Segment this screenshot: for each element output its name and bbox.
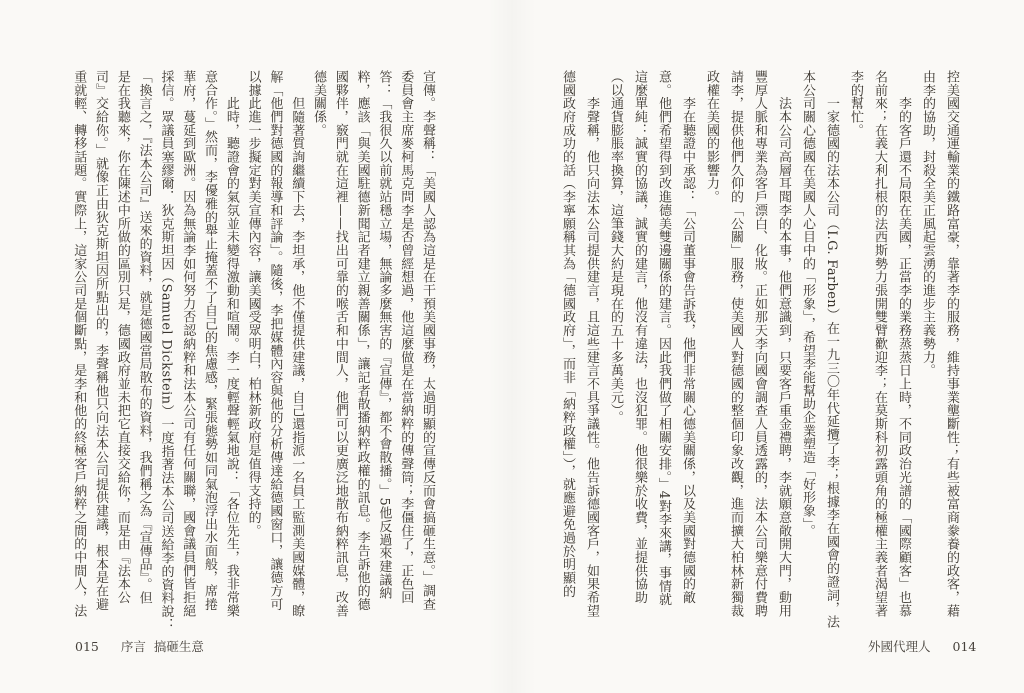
text-column: 德美關係。 bbox=[307, 70, 329, 634]
text-column: 本公司關心德國在美國人心目中的「形象」，希望李能幫助企業塑造「好形象」。 bbox=[795, 70, 819, 634]
left-page-footer: 015 序言 搞砸生意 bbox=[75, 637, 204, 655]
right-page-footer: 外國代理人 014 bbox=[868, 637, 976, 655]
text-column: 李的客戶還不局限在美國，正當李的業務蒸蒸日上時，不同政治光譜的「國際顧客」也慕 bbox=[891, 70, 915, 634]
text-column: 是在我聽來，你在陳述中所做的區別只是，德國政府並未把它直接交給你，而是由『法本公 bbox=[111, 70, 133, 634]
text-column: 請李，提供他們久仰的「公關」服務，使美國人對德國的整個印象改觀，進而擴大柏林新獨… bbox=[723, 70, 747, 634]
page-number: 014 bbox=[953, 639, 977, 654]
text-column: 這麼單純：誠實的協議，誠實的建言，他沒有違法，也沒犯罪。他很樂於收費，並提供協助 bbox=[627, 70, 651, 634]
text-column: 重就輕、轉移話題。實際上，這家公司是個斷點，是李和他的終極客戶納粹之間的中間人，… bbox=[67, 70, 89, 634]
chapter-title: 搞砸生意 bbox=[154, 637, 204, 655]
text-column: 委員會主席麥柯馬克問李是否曾經想過，他這麼做是在當納粹的傳聲筒；李僵住了，正色回 bbox=[394, 70, 416, 634]
text-column: 粹，應該「與美國駐德新聞記者建立親善關係」，讓記者散播納粹政權的訊息。李告訴他的… bbox=[351, 70, 373, 634]
book-spread: 宣傳。李聲稱：「美國人認為這是在干預美國事務，太過明顯的宣傳反而會搞砸生意。」調… bbox=[0, 0, 1024, 693]
text-column: 解「他們對德國的報導和評論」。隨後，李把媒體內容與他的分析傳達給德國窗口，讓德方… bbox=[264, 70, 286, 634]
text-column: 政權在美國的影響力。 bbox=[699, 70, 723, 634]
text-column: 國夥伴，竅門就在這裡——找出可靠的喉舌和中間人，他們可以更廣泛地散布納粹訊息，改… bbox=[329, 70, 351, 634]
text-column: 司』交給你。」就像正由狄克斯坦因所點出的，李聲稱他只向法本公司提供建議，根本是在… bbox=[89, 70, 111, 634]
text-column: 但隨著質詢繼續下去，李坦承，他不僅提供建議，自己還指派一名員工監測美國媒體，瞭 bbox=[285, 70, 307, 634]
text-column: 李在聽證中承認：「公司董事會告訴我，他們非常關心德美關係，以及美國對德國的敵 bbox=[675, 70, 699, 634]
left-page-text: 宣傳。李聲稱：「美國人認為這是在干預美國事務，太過明顯的宣傳反而會搞砸生意。」調… bbox=[67, 70, 438, 634]
text-column: 由李的協助，封殺全美正風起雲湧的進步主義勢力。 bbox=[915, 70, 939, 634]
text-column: 答：「我很久以前就站穩立場，無論多麼無害的『宣傳』，都不會散播。」5他反過來建議… bbox=[373, 70, 395, 634]
text-column: 「換言之，『法本公司』送來的資料，就是德國當局散布的資料，我們稱之為『宣傳品』。… bbox=[133, 70, 155, 634]
text-column: 此時，聽證會的氣氛並未變得激動和喧鬧。李一度輕聲輕氣地說：「各位先生，我非常樂 bbox=[220, 70, 242, 634]
text-column: 意合作。」然而，李優雅的舉止掩蓋不了自己的焦慮感，緊張態勢如同氣泡浮出水面般，席… bbox=[198, 70, 220, 634]
right-page-text: 控美國交通運輸業的鐵路富豪，靠著李的服務，維持事業壟斷性；有些被富商豢養的政客，… bbox=[555, 70, 963, 634]
text-column: 李聲稱，他只向法本公司提供建言，且這些建言不具爭議性。他告訴德國客戶，如果希望 bbox=[579, 70, 603, 634]
text-column: 採信。眾議員塞繆爾．狄克斯坦因（Samuel Dickstein）一度指著法本公… bbox=[155, 70, 177, 634]
book-title: 外國代理人 bbox=[868, 637, 931, 655]
text-column: 宣傳。李聲稱：「美國人認為這是在干預美國事務，太過明顯的宣傳反而會搞砸生意。」調… bbox=[416, 70, 438, 634]
text-column: 控美國交通運輸業的鐵路富豪，靠著李的服務，維持事業壟斷性；有些被富商豢養的政客，… bbox=[939, 70, 963, 634]
page-number: 015 bbox=[75, 639, 99, 654]
text-column: （以通貨膨脹率換算，這筆錢大約是現在的五十多萬美元）。 bbox=[603, 70, 627, 634]
text-column: 名前來；在義大利扎根的法西斯勢力張開雙臂歡迎李；在莫斯科初露頭角的極權主義者渴望… bbox=[867, 70, 891, 634]
text-column: 以據此進一步擬定對美宣傳內容，讓美國受眾明白，柏林新政府是值得支持的。 bbox=[242, 70, 264, 634]
section-label: 序言 bbox=[121, 637, 146, 655]
text-column: 華府，蔓延到歐洲。因為無論李如何努力否認納粹和法本公司有任何關聯，國會議員們皆拒… bbox=[176, 70, 198, 634]
text-column: 一家德國的法本公司（I.G. Farben）在一九三〇年代延攬了李；根據李在國會… bbox=[819, 70, 843, 634]
text-column: 李的幫忙。 bbox=[843, 70, 867, 634]
page-gutter bbox=[488, 0, 536, 693]
text-column: 豐厚人脈和專業為客戶漂白、化妝。正如那天李向國會調查人員透露的，法本公司樂意付費… bbox=[747, 70, 771, 634]
text-column: 德國政府成功的話（李寧願稱其為「德國政府」，而非「納粹政權」），就應避免過於明顯… bbox=[555, 70, 579, 634]
text-column: 意。他們希望得到改進德美雙邊關係的建言。因此我們做了相關安排。」4對李來講，事情… bbox=[651, 70, 675, 634]
text-column: 法本公司高層耳聞李的本事，他們意識到，只要客戶重金禮聘，李就願意敞開大門，動用 bbox=[771, 70, 795, 634]
